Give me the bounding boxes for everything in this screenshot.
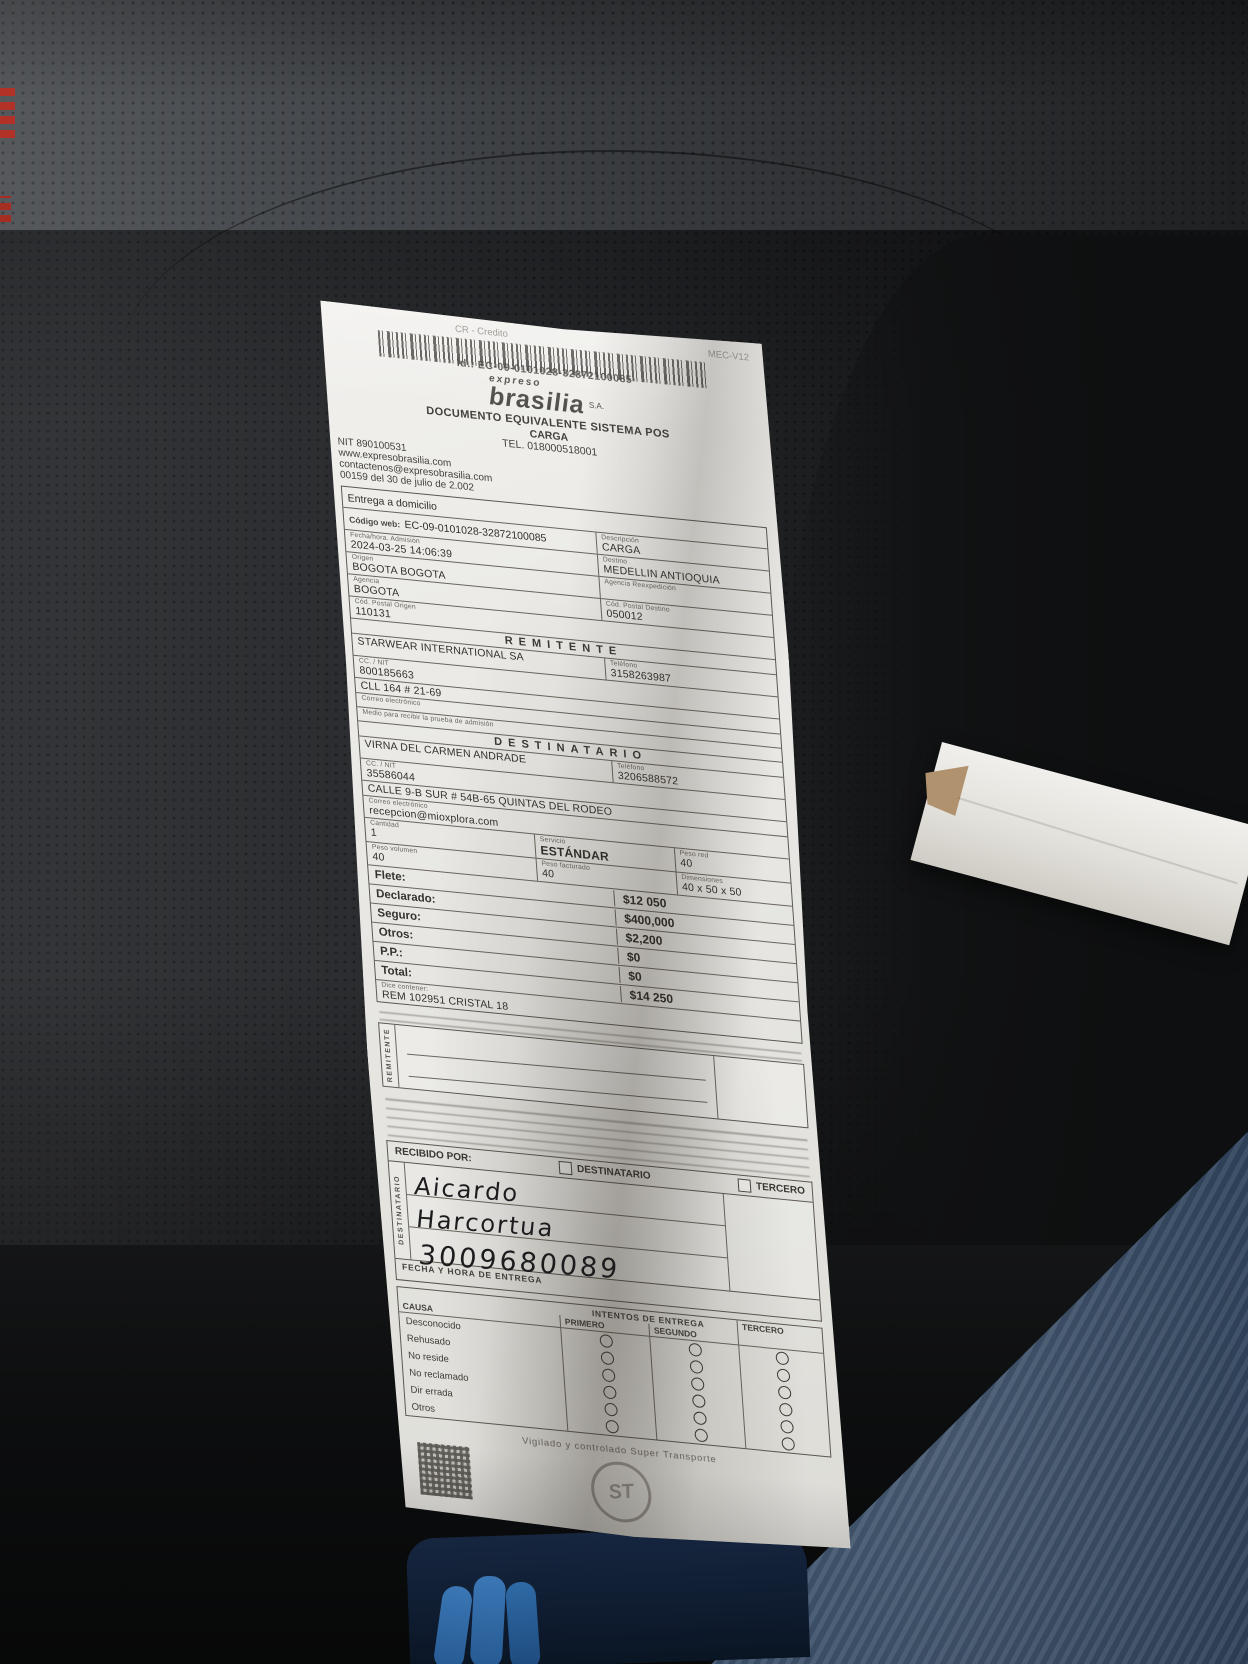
attempt-circle bbox=[600, 1350, 614, 1364]
attempt-circle bbox=[778, 1402, 792, 1416]
shipping-receipt: CR - Credito MEC-V12 Id.: EC-09-0101028-… bbox=[315, 300, 851, 1558]
blue-glove bbox=[438, 1572, 566, 1664]
shipment-info-table: Entrega a domicilio Código web: EC-09-01… bbox=[341, 485, 803, 1043]
attempt-circle bbox=[604, 1402, 618, 1416]
red-stitching bbox=[0, 196, 11, 222]
attempt-circle bbox=[781, 1436, 795, 1450]
codigo-web-label: Código web: bbox=[349, 514, 401, 529]
attempt-circle bbox=[603, 1385, 617, 1399]
supertransporte-seal: ST bbox=[586, 1460, 657, 1523]
signature-line bbox=[407, 1053, 706, 1080]
attempt-circle bbox=[690, 1376, 704, 1390]
qr-code bbox=[417, 1442, 473, 1499]
attempt-circle bbox=[776, 1368, 790, 1382]
tercero-checkbox bbox=[738, 1178, 752, 1192]
attempt-circle bbox=[693, 1411, 707, 1425]
attempt-circle bbox=[688, 1342, 702, 1356]
destinatario-vertical-label: DESTINATARIO bbox=[394, 1174, 406, 1245]
attempt-circle bbox=[777, 1385, 791, 1399]
photo-of-receipt-on-car-seat: CR - Credito MEC-V12 Id.: EC-09-0101028-… bbox=[0, 0, 1248, 1664]
glove-finger bbox=[470, 1575, 507, 1664]
brand-suffix: S.A. bbox=[589, 400, 605, 411]
charge-value: $0 bbox=[620, 965, 651, 986]
recipient-signature-right-cell bbox=[723, 1193, 820, 1298]
remitente-vertical-label: REMITENTE bbox=[383, 1027, 394, 1082]
attempt-circle bbox=[599, 1333, 613, 1347]
attempt-circle bbox=[775, 1351, 789, 1365]
attempt-circle bbox=[605, 1419, 619, 1433]
attempt-circle bbox=[694, 1428, 708, 1442]
attempt-circle bbox=[689, 1359, 703, 1373]
destinatario-checkbox bbox=[559, 1160, 573, 1174]
attempt-circle bbox=[780, 1419, 794, 1433]
glove-finger bbox=[505, 1581, 541, 1664]
signature-right-cell bbox=[713, 1056, 807, 1127]
seal-text: ST bbox=[606, 1479, 636, 1503]
attempt-circle bbox=[601, 1368, 615, 1382]
attempt-circle bbox=[692, 1393, 706, 1407]
charge-value: $0 bbox=[618, 946, 649, 967]
form-code-label: MEC-V12 bbox=[708, 348, 750, 363]
red-stitching bbox=[0, 84, 15, 138]
glove-finger bbox=[432, 1584, 473, 1664]
tercero-option-label: TERCERO bbox=[756, 1181, 806, 1197]
